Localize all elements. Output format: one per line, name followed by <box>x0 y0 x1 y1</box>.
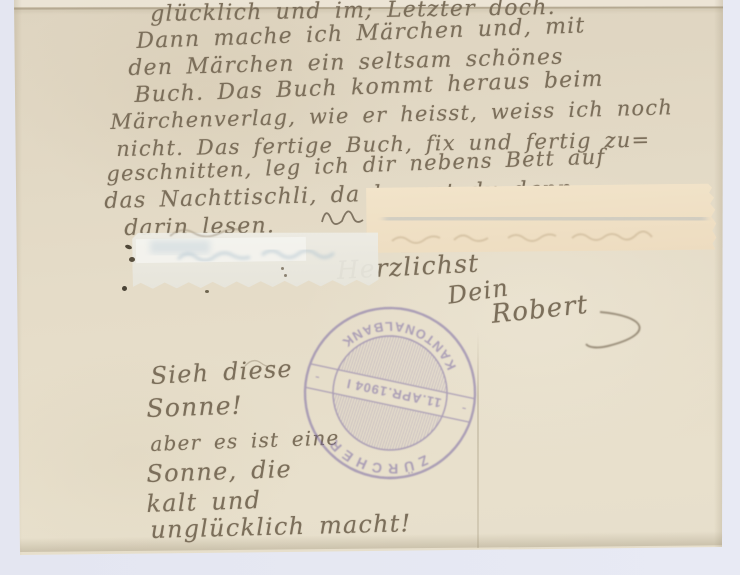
pencil-fragment <box>170 229 242 237</box>
signature-flourish <box>586 312 640 347</box>
zurcher-kantonalbank-stamp: ZÜRCHER KANTONALBANK 11.APR.1904 I - - <box>290 293 490 493</box>
ghost-shadow <box>150 240 210 254</box>
pencil-fragment <box>322 211 363 224</box>
ghost-writing-fragment <box>392 231 652 243</box>
stamp-side-dash-right: - <box>313 370 321 387</box>
ink-smear <box>384 217 706 220</box>
stamp-side-dash-left: - <box>460 401 468 418</box>
pencil-fragment <box>245 361 275 367</box>
ink-speck <box>129 257 135 262</box>
stamp-counter: I <box>346 376 353 391</box>
ink-speck <box>122 286 127 291</box>
ink-speck <box>281 267 284 270</box>
ink-speck <box>284 274 287 277</box>
scanned-letter-page: glücklich und im; Letzter doch. Dann mac… <box>0 0 740 575</box>
letter-paper: glücklich und im; Letzter doch. Dann mac… <box>0 0 740 575</box>
ink-speck <box>205 290 209 293</box>
